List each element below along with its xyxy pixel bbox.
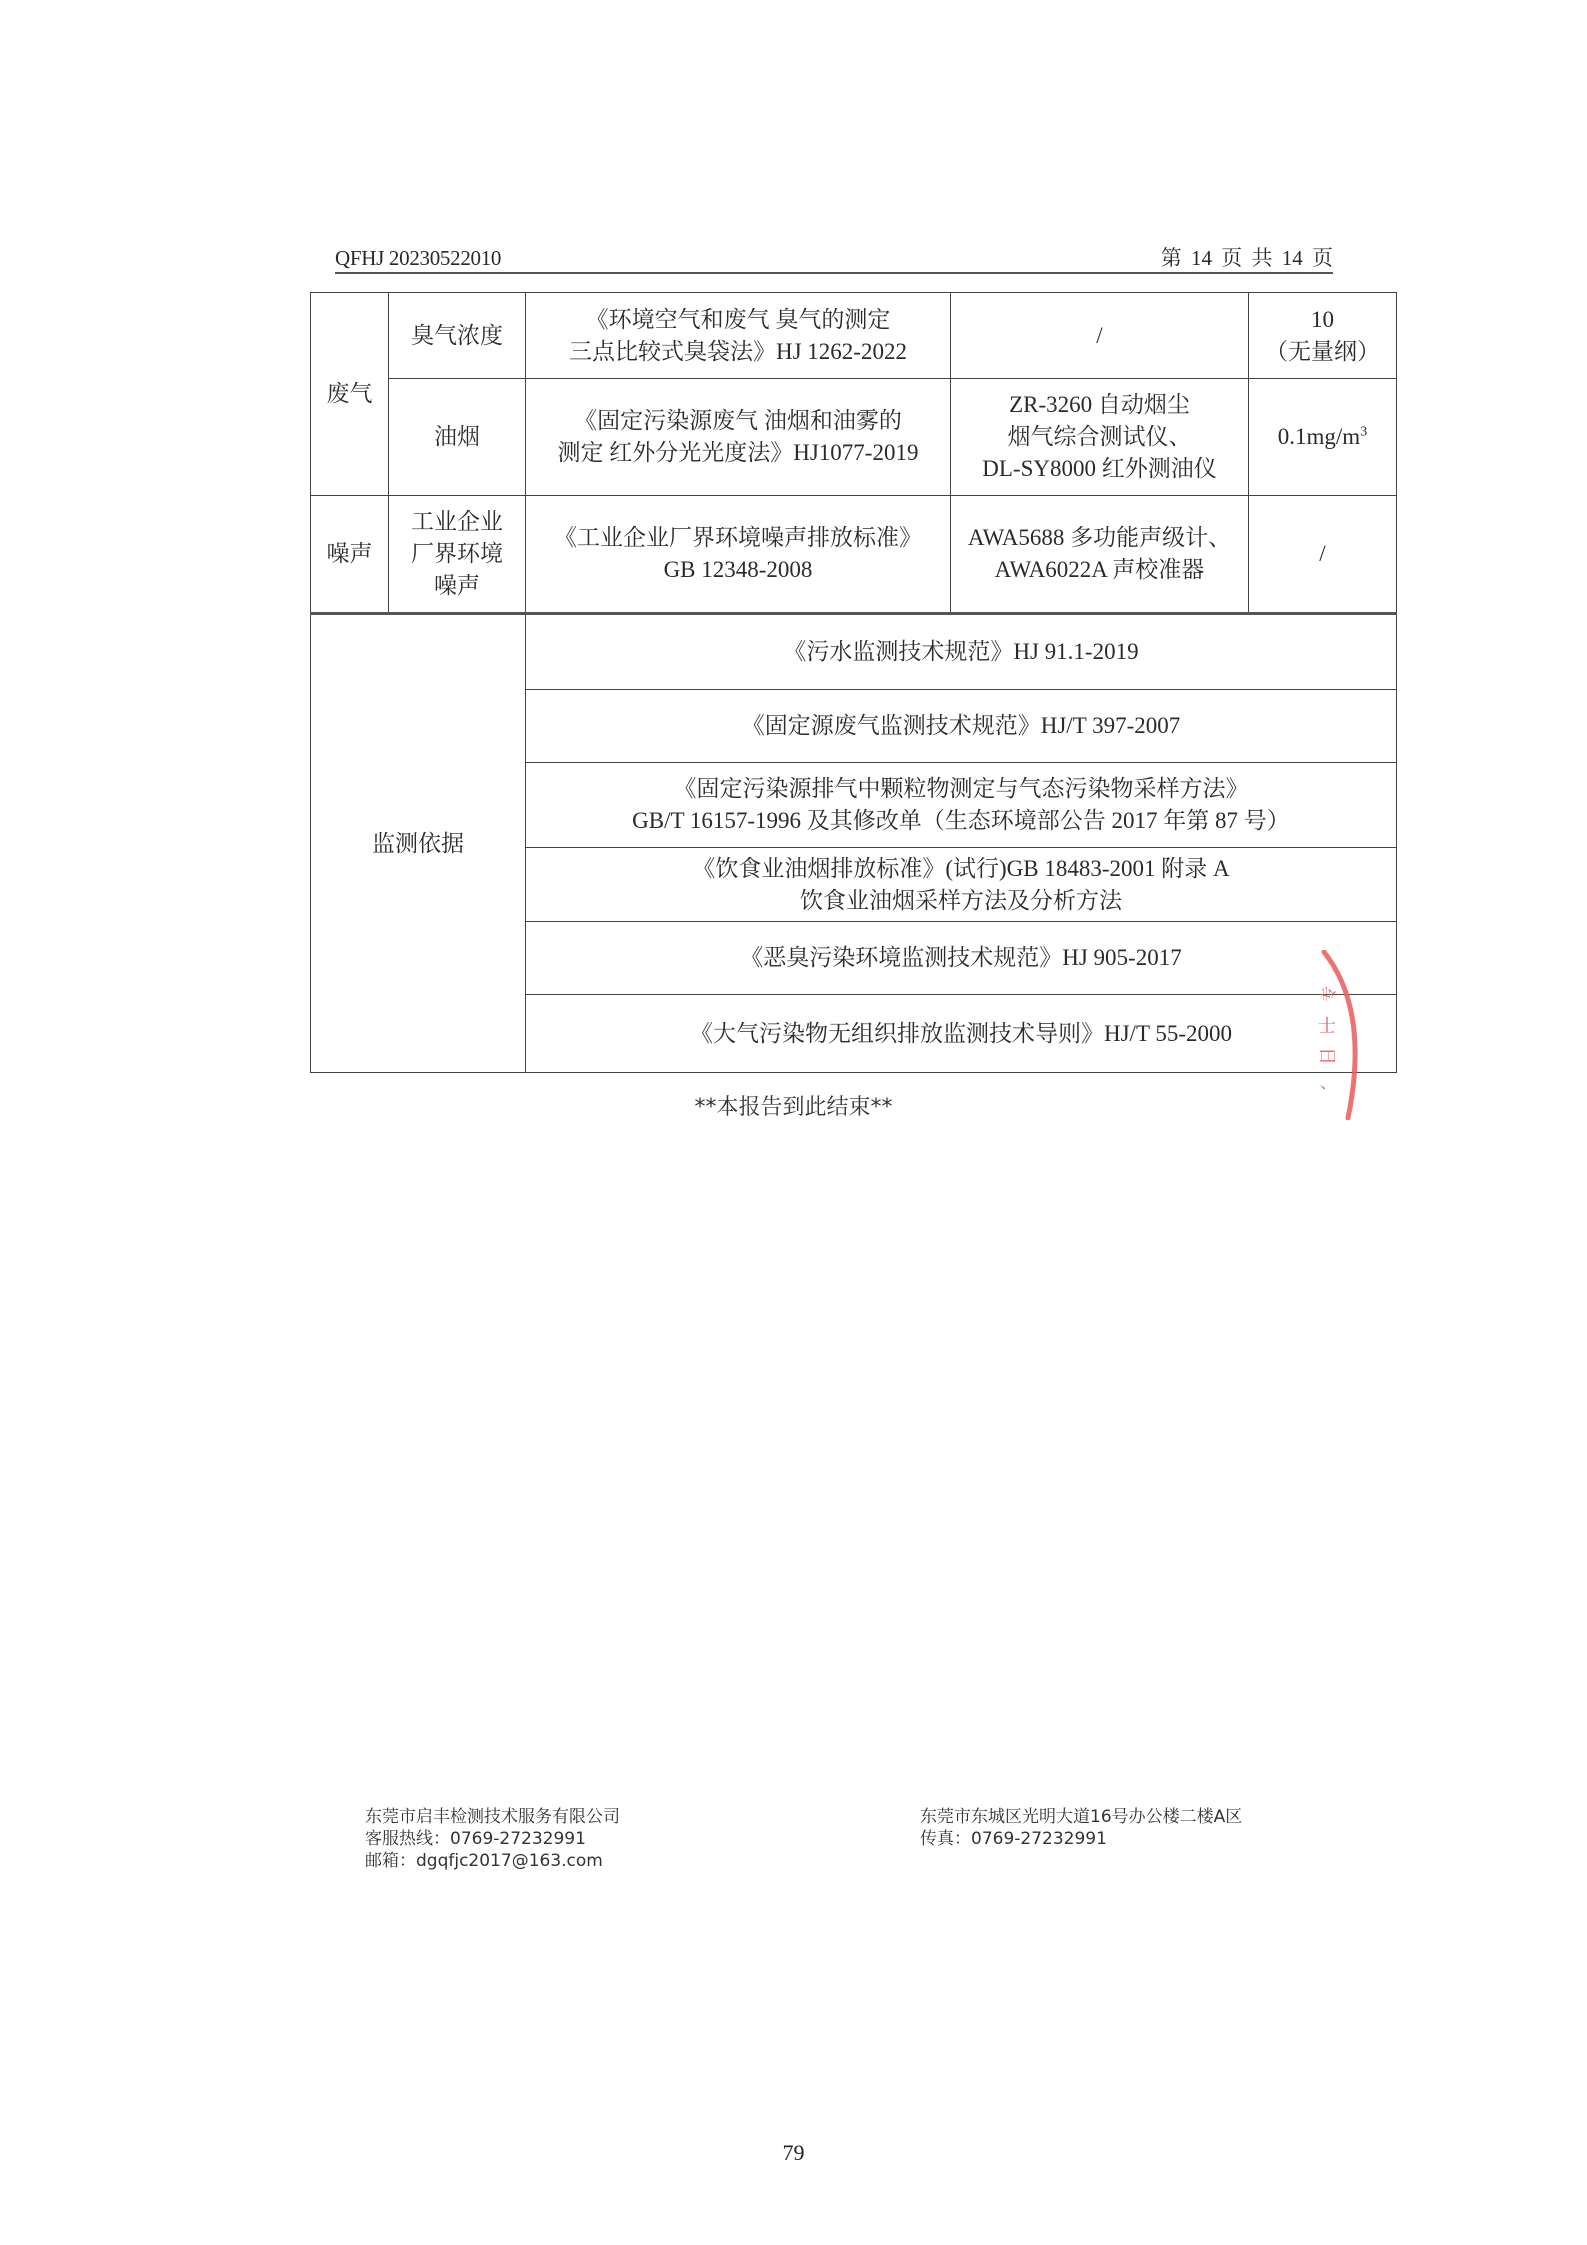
method-line: 《工业企业厂界环境噪声排放标准》 (530, 522, 946, 554)
instrument-line: DL-SY8000 红外测油仪 (955, 453, 1244, 485)
method-line: 《环境空气和废气 臭气的测定 (530, 304, 946, 336)
basis-line: 《恶臭污染环境监测技术规范》HJ 905-2017 (530, 942, 1392, 974)
footer-address-info: 东莞市东城区光明大道16号办公楼二楼A区 传真：0769-27232991 (920, 1806, 1242, 1850)
instrument-line: 烟气综合测试仪、 (955, 421, 1244, 453)
page-number: 79 (0, 2140, 1587, 2166)
item-line: 厂界环境 (393, 538, 521, 570)
limit-line: 10 (1253, 304, 1392, 336)
instrument-line: ZR-3260 自动烟尘 (955, 389, 1244, 421)
limit-cell: 0.1mg/m3 (1249, 379, 1397, 496)
basis-line: 《固定污染源排气中颗粒物测定与气态污染物采样方法》 (530, 773, 1392, 805)
category-cell: 废气 (311, 293, 389, 496)
basis-line: 《饮食业油烟排放标准》(试行)GB 18483-2001 附录 A (530, 853, 1392, 885)
report-number: QFHJ 20230522010 (335, 244, 501, 272)
basis-item: 《饮食业油烟排放标准》(试行)GB 18483-2001 附录 A 饮食业油烟采… (526, 848, 1397, 922)
method-cell: 《工业企业厂界环境噪声排放标准》 GB 12348-2008 (526, 496, 951, 614)
item-cell: 油烟 (389, 379, 526, 496)
instrument-cell: AWA5688 多功能声级计、 AWA6022A 声校准器 (951, 496, 1249, 614)
method-cell: 《固定污染源废气 油烟和油雾的 测定 红外分光光度法》HJ1077-2019 (526, 379, 951, 496)
limit-superscript: 3 (1360, 424, 1367, 439)
email: 邮箱：dgqfjc2017@163.com (365, 1850, 620, 1872)
limit-value: 0.1mg/m (1278, 424, 1360, 449)
basis-row: 监测依据 《污水监测技术规范》HJ 91.1-2019 (311, 614, 1397, 690)
table-row: 噪声 工业企业 厂界环境 噪声 《工业企业厂界环境噪声排放标准》 GB 1234… (311, 496, 1397, 614)
table-row: 废气 臭气浓度 《环境空气和废气 臭气的测定 三点比较式臭袋法》HJ 1262-… (311, 293, 1397, 379)
basis-line: 《固定源废气监测技术规范》HJ/T 397-2007 (530, 710, 1392, 742)
item-line: 噪声 (393, 570, 521, 602)
table-row: 油烟 《固定污染源废气 油烟和油雾的 测定 红外分光光度法》HJ1077-201… (311, 379, 1397, 496)
method-line: 测定 红外分光光度法》HJ1077-2019 (530, 437, 946, 469)
basis-item: 《大气污染物无组织排放监测技术导则》HJ/T 55-2000 (526, 995, 1397, 1073)
instrument-cell: / (951, 293, 1249, 379)
hotline: 客服热线：0769-27232991 (365, 1828, 620, 1850)
item-line: 工业企业 (393, 506, 521, 538)
method-line: 《固定污染源废气 油烟和油雾的 (530, 405, 946, 437)
basis-line: 饮食业油烟采样方法及分析方法 (530, 885, 1392, 917)
address: 东莞市东城区光明大道16号办公楼二楼A区 (920, 1806, 1242, 1828)
footer-company-info: 东莞市启丰检测技术服务有限公司 客服热线：0769-27232991 邮箱：dg… (365, 1806, 620, 1872)
limit-line: （无量纲） (1253, 336, 1392, 368)
page-info: 第 14 页 共 14 页 (1161, 244, 1333, 272)
end-of-report-mark: **本报告到此结束** (0, 1090, 1587, 1121)
monitoring-methods-table: 废气 臭气浓度 《环境空气和废气 臭气的测定 三点比较式臭袋法》HJ 1262-… (310, 292, 1397, 1073)
basis-item: 《固定源废气监测技术规范》HJ/T 397-2007 (526, 690, 1397, 763)
basis-label-cell: 监测依据 (311, 614, 526, 1073)
basis-line: GB/T 16157-1996 及其修改单（生态环境部公告 2017 年第 87… (530, 805, 1392, 837)
page-header: QFHJ 20230522010 第 14 页 共 14 页 (335, 244, 1333, 274)
instrument-line: AWA6022A 声校准器 (955, 554, 1244, 586)
method-line: GB 12348-2008 (530, 554, 946, 586)
instrument-cell: ZR-3260 自动烟尘 烟气综合测试仪、 DL-SY8000 红外测油仪 (951, 379, 1249, 496)
basis-line: 《污水监测技术规范》HJ 91.1-2019 (530, 636, 1392, 668)
instrument-line: AWA5688 多功能声级计、 (955, 522, 1244, 554)
category-cell: 噪声 (311, 496, 389, 614)
fax: 传真：0769-27232991 (920, 1828, 1242, 1850)
item-cell: 工业企业 厂界环境 噪声 (389, 496, 526, 614)
limit-cell: 10 （无量纲） (1249, 293, 1397, 379)
method-line: 三点比较式臭袋法》HJ 1262-2022 (530, 336, 946, 368)
method-cell: 《环境空气和废气 臭气的测定 三点比较式臭袋法》HJ 1262-2022 (526, 293, 951, 379)
basis-line: 《大气污染物无组织排放监测技术导则》HJ/T 55-2000 (530, 1018, 1392, 1050)
basis-item: 《固定污染源排气中颗粒物测定与气态污染物采样方法》 GB/T 16157-199… (526, 763, 1397, 848)
basis-item: 《污水监测技术规范》HJ 91.1-2019 (526, 614, 1397, 690)
limit-cell: / (1249, 496, 1397, 614)
item-cell: 臭气浓度 (389, 293, 526, 379)
basis-item: 《恶臭污染环境监测技术规范》HJ 905-2017 (526, 922, 1397, 995)
company-name: 东莞市启丰检测技术服务有限公司 (365, 1806, 620, 1828)
